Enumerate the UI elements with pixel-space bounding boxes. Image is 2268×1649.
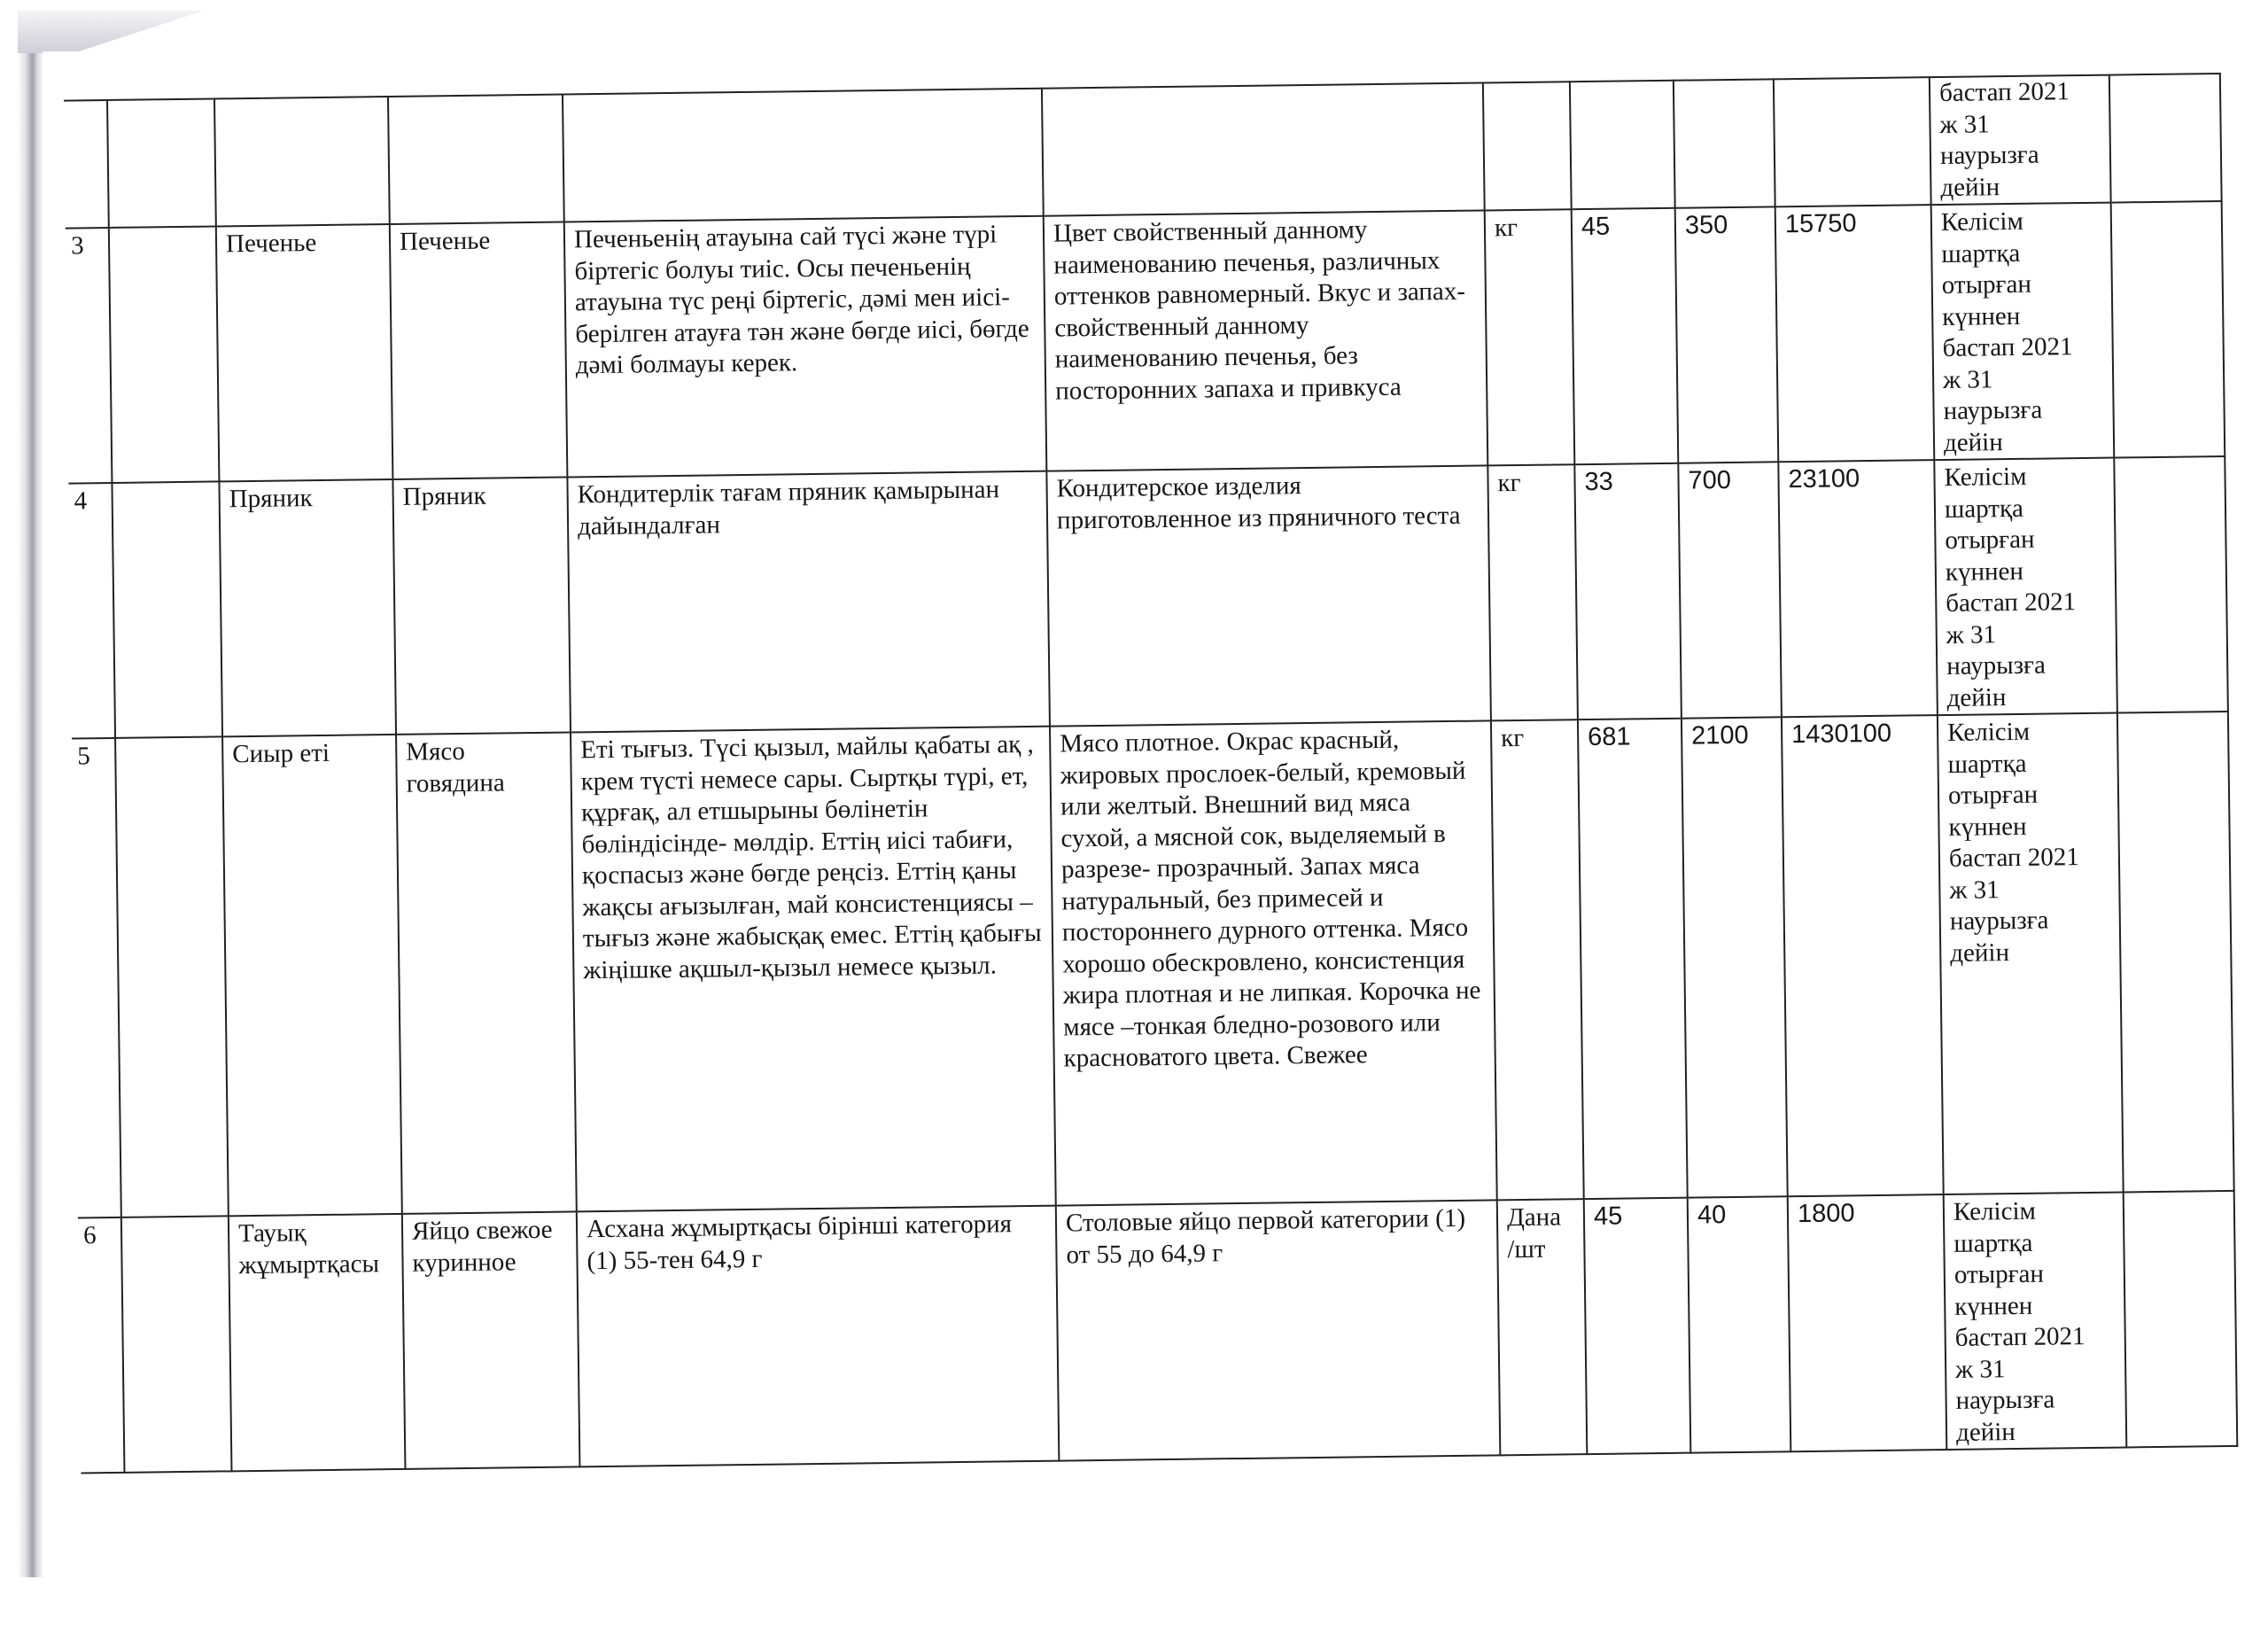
cell-num: 3 (66, 228, 113, 484)
term-line: наурызға (1950, 905, 2110, 938)
term-line: отырған (1954, 1258, 2115, 1292)
cell-qty: 681 (1578, 719, 1688, 1199)
term-line: дейін (1956, 1415, 2117, 1449)
cell-name-ru: Яйцо свежое куринное (402, 1211, 580, 1468)
term-line: ж 31 (1939, 107, 2100, 141)
cell-term: бастап 2021 ж 31 наурызға дейін (1930, 75, 2111, 206)
cell-desc-kz: Еті тығыз. Түсі қызыл, майлы қабаты ақ ,… (571, 727, 1056, 1212)
cell-unit: кг (1491, 719, 1584, 1200)
cell-unit (1483, 82, 1572, 210)
cell-blank (107, 98, 216, 228)
term-line: шартқа (1945, 492, 2105, 525)
document-sheet: бастап 2021 ж 31 наурызға дейін 3 Печень… (0, 0, 2268, 1649)
term-line: ж 31 (1946, 618, 2107, 651)
term-line: Келісім (1941, 206, 2101, 239)
cell-blank-right (2109, 74, 2222, 203)
term-line: бастап 2021 (1939, 76, 2100, 110)
term-line: отырған (1948, 779, 2109, 813)
table-row: 5 Сиыр еті Мясо говядина Еті тығыз. Түсі… (72, 712, 2234, 1218)
cell-qty: 45 (1584, 1198, 1691, 1454)
cell-name-kz: Пряник (219, 479, 396, 736)
term-line: шартқа (1941, 237, 2101, 270)
term-line: күннен (1942, 299, 2102, 333)
specification-table: бастап 2021 ж 31 наурызға дейін 3 Печень… (64, 73, 2237, 1474)
term-line: бастап 2021 (1955, 1321, 2116, 1355)
cell-name-kz (214, 97, 390, 226)
cell-unit: кг (1487, 464, 1578, 720)
term-line: күннен (1946, 555, 2106, 588)
cell-qty (1570, 81, 1675, 209)
row-number: 5 (77, 742, 90, 770)
term-line: отырған (1945, 524, 2105, 557)
cell-blank (121, 1216, 232, 1472)
cell-name-kz: Печенье (216, 224, 393, 481)
table-row: 3 Печенье Печенье Печеньенің атауына сай… (66, 201, 2225, 484)
term-line: наурызға (1946, 649, 2107, 683)
cell-sum (1774, 77, 1931, 206)
term-line: наурызға (1955, 1384, 2116, 1418)
cell-term: Келісімшартқаотырғанкүнненбастап 2021ж 3… (1931, 203, 2115, 461)
cell-blank-right (2124, 1191, 2238, 1448)
cell-sum: 1800 (1788, 1194, 1947, 1451)
cell-num (64, 100, 109, 229)
term-line: бастап 2021 (1949, 842, 2109, 875)
cell-price: 40 (1688, 1196, 1791, 1452)
cell-price (1674, 79, 1775, 207)
term-line: дейін (1950, 936, 2110, 969)
cell-term: Келісімшартқаотырғанкүнненбастап 2021ж 3… (1944, 1192, 2127, 1450)
cell-blank (115, 736, 229, 1217)
cell-sum: 15750 (1775, 205, 1935, 462)
term-line: шартқа (1953, 1226, 2114, 1260)
cell-sum: 1430100 (1782, 715, 1944, 1196)
cell-desc-ru (1042, 82, 1485, 215)
cell-name-ru: Пряник (392, 477, 571, 734)
row-number: 3 (71, 231, 84, 260)
cell-desc-ru: Кондитерское изделия приготовленное из п… (1046, 465, 1491, 726)
term-line: күннен (1954, 1289, 2115, 1323)
cell-blank (112, 481, 222, 737)
cell-desc-kz (563, 89, 1044, 222)
term-line: ж 31 (1943, 362, 2103, 396)
row-number: 4 (74, 486, 87, 515)
term-line: Келісім (1947, 716, 2108, 750)
cell-price: 700 (1678, 462, 1782, 718)
cell-desc-kz: Кондитерлік тағам пряник қамырынан дайын… (567, 471, 1050, 733)
term-line: Келісім (1953, 1195, 2114, 1229)
term-line: шартқа (1947, 747, 2108, 781)
term-line: күннен (1948, 810, 2109, 844)
row-number: 6 (83, 1221, 97, 1249)
cell-name-kz: Сиыр еті (222, 735, 402, 1216)
term-line: наурызға (1940, 139, 2101, 173)
cell-name-ru: Мясо говядина (396, 732, 577, 1213)
cell-term: Келісімшартқаотырғанкүнненбастап 2021ж 3… (1938, 713, 2124, 1195)
term-line: дейін (1940, 170, 2101, 204)
cell-num: 4 (68, 483, 115, 739)
cell-blank-right (2111, 201, 2225, 458)
term-line: ж 31 (1949, 873, 2109, 906)
cell-qty: 45 (1572, 208, 1679, 464)
cell-sum: 23100 (1778, 460, 1938, 717)
cell-desc-ru: Цвет свойственный данному наименованию п… (1044, 210, 1488, 471)
cell-price: 2100 (1682, 717, 1788, 1197)
cell-desc-kz: Печеньенің атауына сай түсі және түрі бі… (564, 216, 1047, 478)
term-line: бастап 2021 (1942, 331, 2102, 365)
cell-num: 5 (72, 738, 121, 1218)
cell-num: 6 (78, 1217, 125, 1474)
term-line: Келісім (1944, 461, 2104, 494)
cell-desc-ru: Столовые яйцо первой категории (1) от 55… (1056, 1200, 1501, 1460)
term-line: отырған (1942, 268, 2102, 302)
cell-term: Келісімшартқаотырғанкүнненбастап 2021ж 3… (1934, 458, 2117, 716)
cell-blank-right (2114, 456, 2228, 713)
term-line: ж 31 (1955, 1352, 2116, 1386)
cell-unit: Дана /шт (1497, 1199, 1588, 1455)
cell-price: 350 (1675, 206, 1779, 463)
cell-name-ru (388, 95, 564, 224)
term-line: бастап 2021 (1946, 587, 2106, 620)
cell-name-ru: Печенье (390, 222, 568, 479)
cell-name-kz: Тауық жұмыртқасы (229, 1214, 406, 1471)
cell-desc-ru: Мясо плотное. Окрас красный, жировых про… (1050, 720, 1497, 1205)
cell-qty: 33 (1574, 463, 1682, 719)
table-row: 6 Тауық жұмыртқасы Яйцо свежое куринное … (78, 1191, 2237, 1474)
term-line: дейін (1944, 425, 2104, 459)
term-line: дейін (1946, 681, 2107, 714)
cell-desc-kz: Асхана жұмыртқасы бірінші категория (1) … (577, 1206, 1060, 1467)
cell-blank-right (2117, 712, 2234, 1193)
table-row: 4 Пряник Пряник Кондитерлік тағам пряник… (68, 456, 2227, 739)
cell-unit: кг (1485, 209, 1575, 465)
term-line: наурызға (1943, 394, 2103, 428)
cell-blank (109, 226, 220, 482)
